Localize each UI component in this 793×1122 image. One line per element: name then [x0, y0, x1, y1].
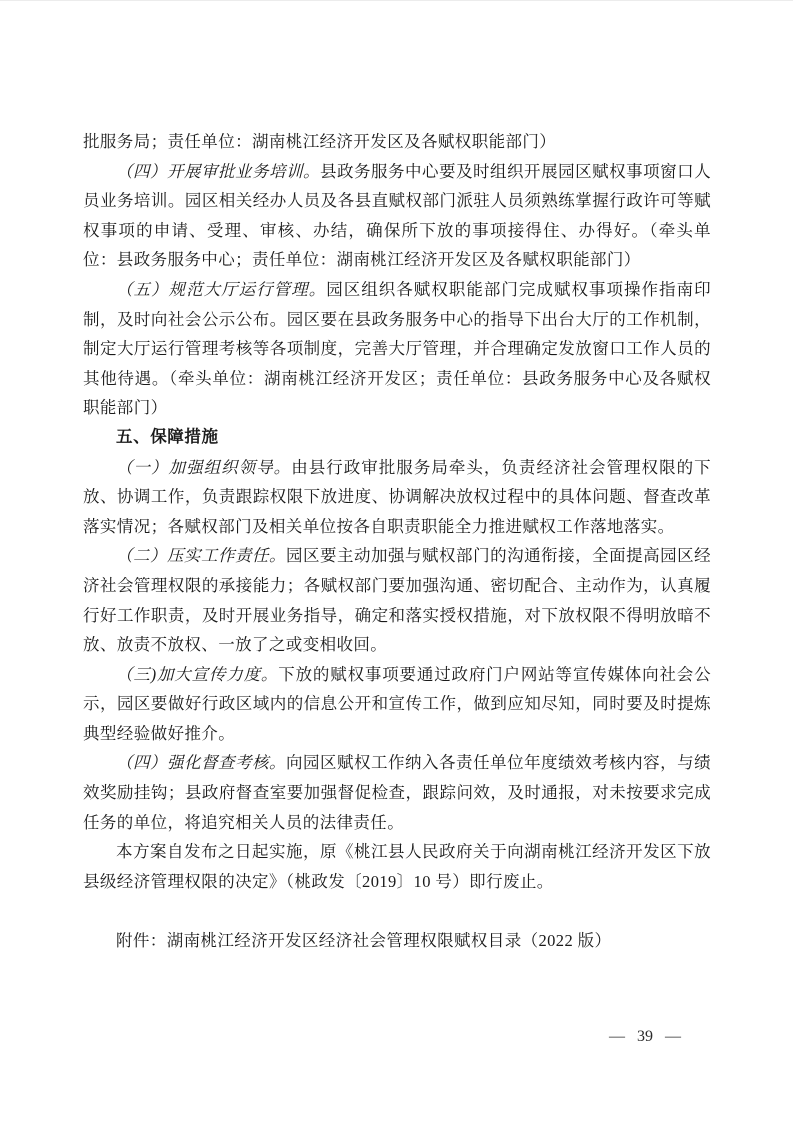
- paragraph-item-5-hall-management: （五）规范大厅运行管理。园区组织各赋权职能部门完成赋权事项操作指南印制，及时向社…: [83, 275, 711, 423]
- item-lead: （四）开展审批业务培训。: [116, 162, 320, 181]
- document-body: 批服务局；责任单位：湖南桃江经济开发区及各赋权职能部门） （四）开展审批业务培训…: [83, 127, 711, 956]
- paragraph-continuation: 批服务局；责任单位：湖南桃江经济开发区及各赋权职能部门）: [83, 127, 711, 157]
- paragraph-implementation-notice: 本方案自发布之日起实施，原《桃江县人民政府关于向湖南桃江经济开发区下放县级经济管…: [83, 837, 711, 896]
- item-lead: （三)加大宣传力度。: [116, 665, 278, 684]
- paragraph-item-1-leadership: （一）加强组织领导。由县行政审批服务局牵头，负责经济社会管理权限的下放、协调工作…: [83, 453, 711, 542]
- paragraph-item-4-supervision: （四）强化督查考核。向园区赋权工作纳入各责任单位年度绩效考核内容，与绩效奖励挂钩…: [83, 748, 711, 837]
- item-lead: （二）压实工作责任。: [116, 546, 286, 565]
- paragraph-attachment-reference: 附件：湖南桃江经济开发区经济社会管理权限赋权目录（2022 版）: [83, 926, 711, 956]
- item-lead: （五）规范大厅运行管理。: [116, 280, 326, 299]
- document-page: 批服务局；责任单位：湖南桃江经济开发区及各赋权职能部门） （四）开展审批业务培训…: [0, 0, 793, 1122]
- page-number-dash-right: —: [665, 1028, 681, 1045]
- item-lead: （一）加强组织领导。: [116, 458, 291, 477]
- page-number: —39—: [609, 1024, 681, 1050]
- item-lead: （四）强化督查考核。: [116, 753, 286, 772]
- page-number-dash-left: —: [609, 1028, 625, 1045]
- section-heading-safeguard-measures: 五、保障措施: [83, 423, 711, 453]
- item-body: 园区组织各赋权职能部门完成赋权事项操作指南印制，及时向社会公示公布。园区要在县政…: [83, 280, 711, 417]
- paragraph-item-2-responsibility: （二）压实工作责任。园区要主动加强与赋权部门的沟通衔接，全面提高园区经济社会管理…: [83, 541, 711, 659]
- paragraph-item-3-publicity: （三)加大宣传力度。下放的赋权事项要通过政府门户网站等宣传媒体向社会公示，园区要…: [83, 660, 711, 749]
- paragraph-item-4-training: （四）开展审批业务培训。县政务服务中心要及时组织开展园区赋权事项窗口人员业务培训…: [83, 157, 711, 275]
- page-number-value: 39: [637, 1028, 653, 1045]
